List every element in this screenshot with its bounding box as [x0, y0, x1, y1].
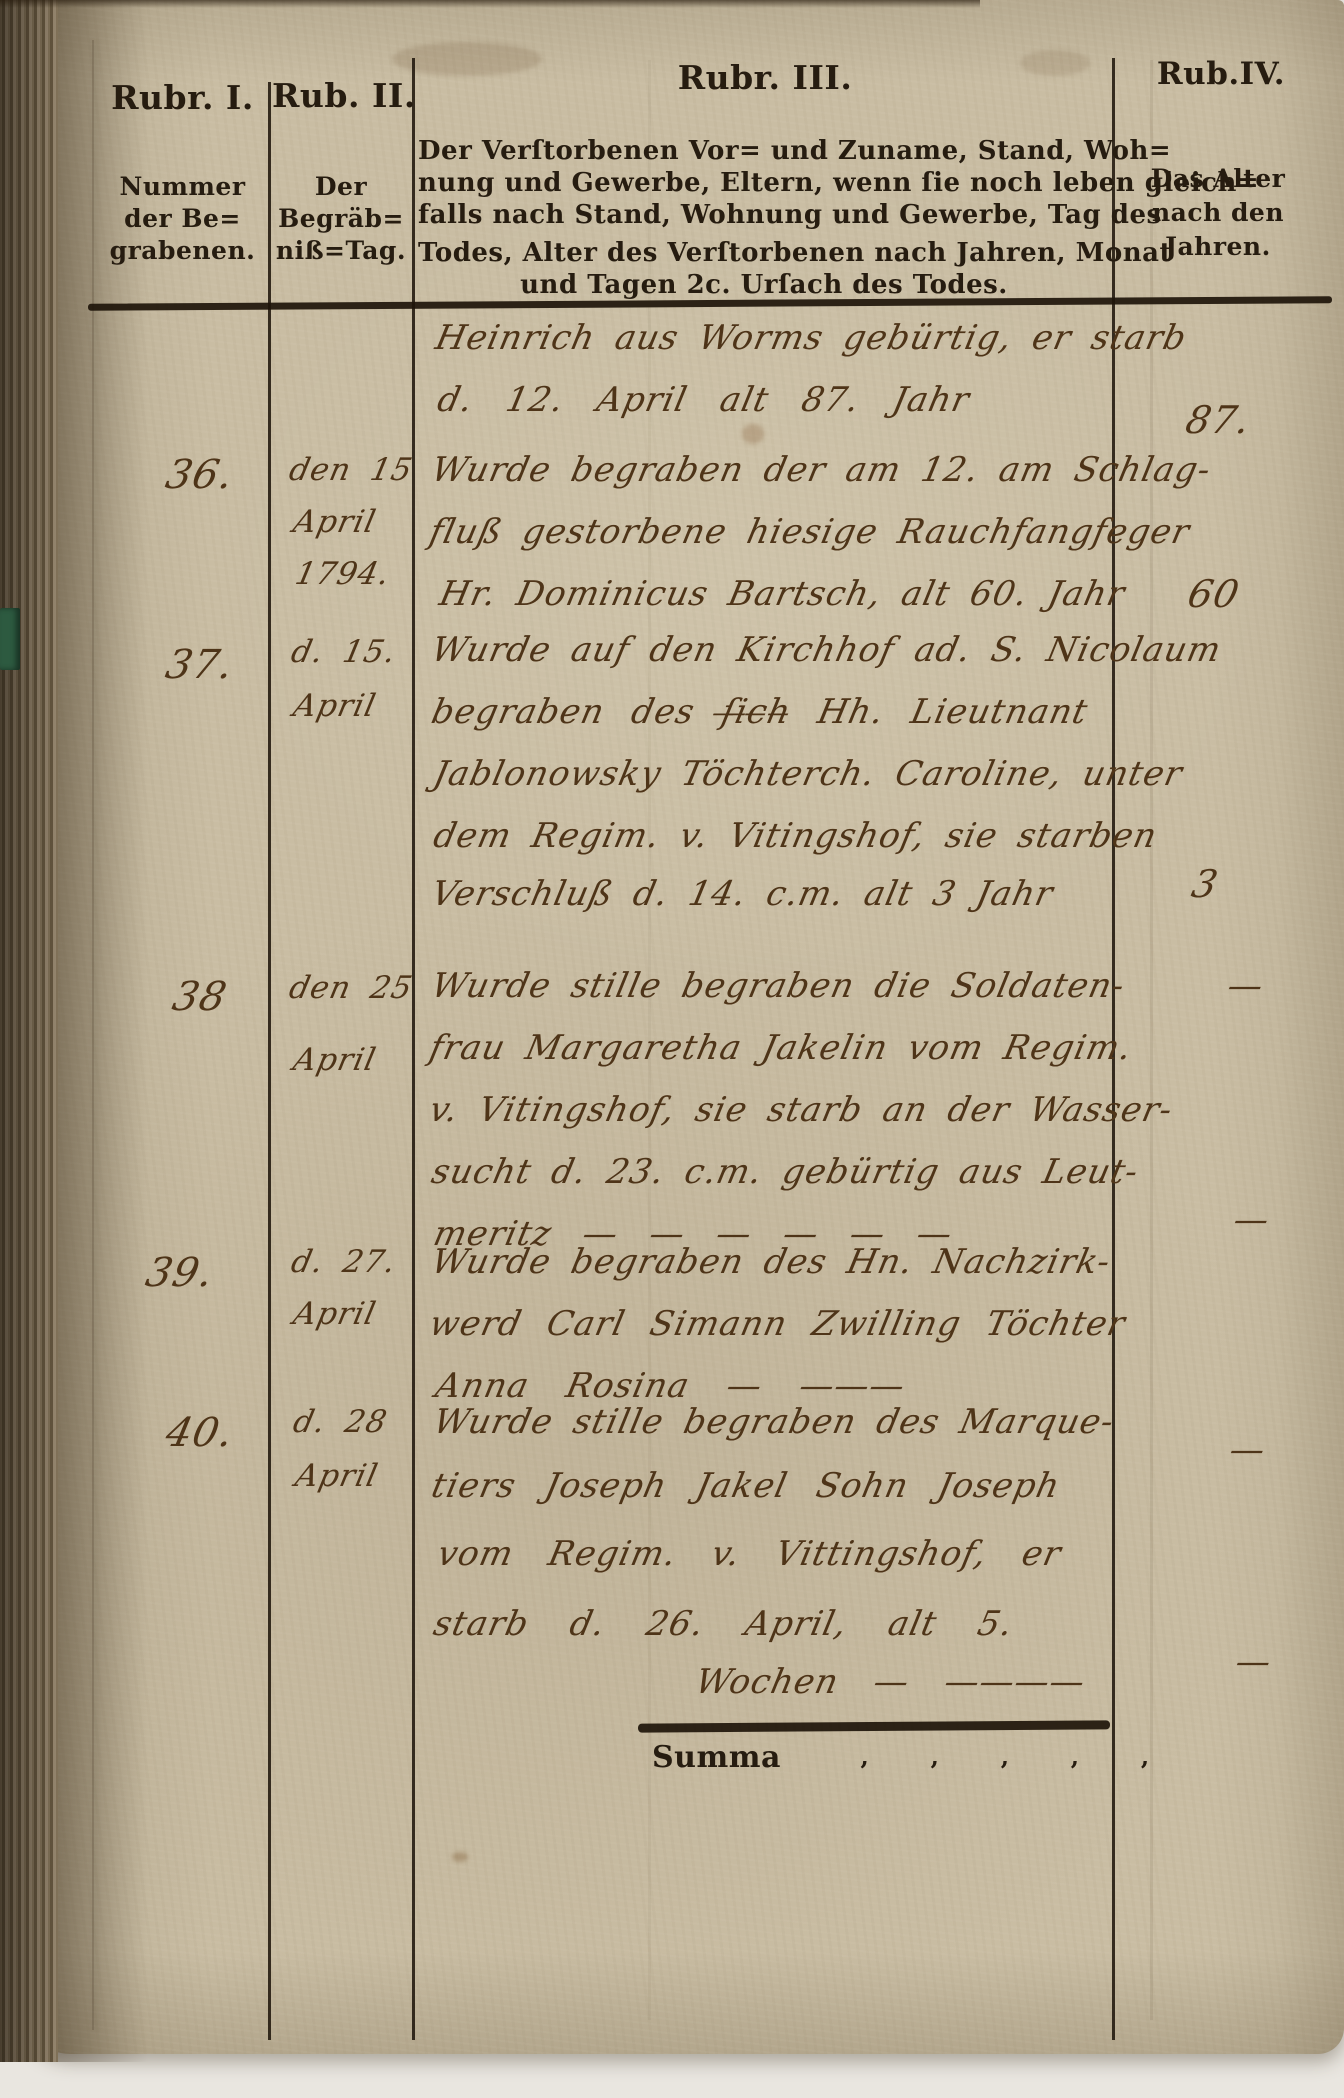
- column-4-subtitle-line: Jahren.: [1118, 232, 1318, 261]
- stain: [742, 424, 764, 444]
- entry-text-line: d. 12. April alt 87. Jahr: [434, 380, 973, 420]
- stain: [452, 1852, 468, 1862]
- summa-label: Summa: [652, 1740, 781, 1775]
- column-4-subtitle-line: Das Alter: [1118, 164, 1318, 193]
- page-crease: [92, 40, 94, 2030]
- entry-text-line: tiers Joseph Jakel Sohn Joseph: [428, 1466, 1064, 1506]
- entry-text-line: Wurde stille begraben die Soldaten-: [428, 966, 1129, 1006]
- column-divider-1-2: [268, 82, 271, 2040]
- column-1-subtitle-line: der Be=: [100, 204, 265, 233]
- entry-text-line: werd Carl Simann Zwilling Töchter: [426, 1304, 1129, 1344]
- entry-number: 38: [140, 974, 260, 1020]
- entry-text-line: Jablonowsky Töchterch. Caroline, unter: [430, 754, 1186, 794]
- age-value: 60: [1184, 572, 1244, 616]
- entry-number: 37.: [140, 642, 260, 688]
- entry-text-line: Wurde begraben der am 12. am Schlag-: [428, 450, 1215, 490]
- burial-date-line: April: [290, 688, 380, 724]
- book-gutter-page-edges: [0, 0, 58, 2062]
- entry-text-line: Wochen — ————: [692, 1662, 1089, 1702]
- entry-text-line: sucht d. 23. c.m. gebürtig aus Leut-: [428, 1152, 1142, 1192]
- column-2-subtitle-line: niß=Tag.: [272, 236, 410, 265]
- burial-date-line: April: [290, 504, 380, 540]
- entry-number: 36.: [140, 452, 260, 498]
- entry-number: 39.: [120, 1250, 240, 1296]
- column-2-subtitle-line: Der: [272, 172, 410, 201]
- column-3-subtitle-line: falls nach Stand, Wohnung und Gewerbe, T…: [418, 200, 1110, 230]
- page-top-edge-shadow: [0, 0, 980, 8]
- green-bookmark: [0, 608, 20, 670]
- summa-dotted-leaders: ‚ ‚ ‚ ‚ ‚: [860, 1742, 1151, 1772]
- column-divider-2-3: [412, 58, 415, 2040]
- burial-date-line: den 15: [286, 452, 416, 488]
- column-1-subtitle-line: Nummer: [100, 172, 265, 201]
- burial-date-line: 1794.: [292, 556, 393, 592]
- burial-date-line: d. 15.: [288, 634, 400, 670]
- entry-text-line: Heinrich aus Worms gebürtig, er starb: [432, 318, 1191, 358]
- entry-text-line: Hr. Dominicus Bartsch, alt 60. Jahr: [436, 574, 1129, 614]
- entry-text-line: vom Regim. v. Vittingshof, er: [434, 1534, 1065, 1574]
- burial-date-line: den 25: [286, 970, 416, 1006]
- entry-text-line: Wurde auf den Kirchhof ad. S. Nicolaum: [428, 630, 1225, 670]
- column-3-subtitle-line: Der Verſtorbenen Vor= und Zuname, Stand,…: [418, 136, 1110, 166]
- entry-text-line: fluß gestorbene hiesige Rauchfangfeger: [426, 512, 1194, 552]
- scanned-burial-register-photo: Rubr. I. Rub. II. Rubr. III. Rub.IV. Num…: [0, 0, 1344, 2098]
- age-value: 87.: [1182, 398, 1255, 442]
- column-4-subtitle-line: nach den: [1118, 198, 1318, 227]
- entry-text-line: begraben des ſ̶i̶c̶h̶ Hh. Lieutnant: [428, 692, 1092, 732]
- entry-text-line: v. Vitingshof, sie starb an der Wasser-: [426, 1090, 1177, 1130]
- burial-date-line: d. 28: [290, 1404, 391, 1440]
- entry-text-line: Anna Rosina — ———: [432, 1366, 909, 1406]
- column-3-subtitle-line: Todes, Alter des Verſtorbenen nach Jahre…: [418, 238, 1110, 268]
- entry-text-line: dem Regim. v. Vitingshof, sie starben: [430, 816, 1161, 856]
- column-2-subtitle-line: Begräb=: [272, 204, 410, 233]
- burial-date-line: April: [290, 1296, 380, 1332]
- column-2-title: Rub. II.: [272, 76, 410, 115]
- burial-date-line: April: [290, 1042, 380, 1078]
- column-1-title: Rubr. I.: [100, 78, 265, 117]
- column-3-subtitle-line: nung und Gewerbe, Eltern, wenn ſie noch …: [418, 168, 1110, 198]
- column-3-subtitle-line: und Tagen 2c. Urſach des Todes.: [418, 270, 1110, 300]
- column-3-title: Rubr. III.: [420, 58, 1110, 97]
- column-1-subtitle-line: grabenen.: [100, 236, 265, 265]
- column-4-title: Rub.IV.: [1116, 56, 1326, 92]
- burial-date-line: April: [292, 1458, 382, 1494]
- entry-text-line: Wurde stille begraben des Marque-: [430, 1402, 1118, 1442]
- entry-text-line: Wurde begraben des Hn. Nachzirk-: [428, 1242, 1114, 1282]
- entry-text-line: starb d. 26. April, alt 5.: [430, 1604, 1017, 1644]
- entry-text-line: Verschluß d. 14. c.m. alt 3 Jahr: [428, 874, 1057, 914]
- entry-text-line: frau Margaretha Jakelin vom Regim.: [426, 1028, 1136, 1068]
- burial-date-line: d. 27.: [288, 1244, 400, 1280]
- entry-number: 40.: [140, 1410, 260, 1456]
